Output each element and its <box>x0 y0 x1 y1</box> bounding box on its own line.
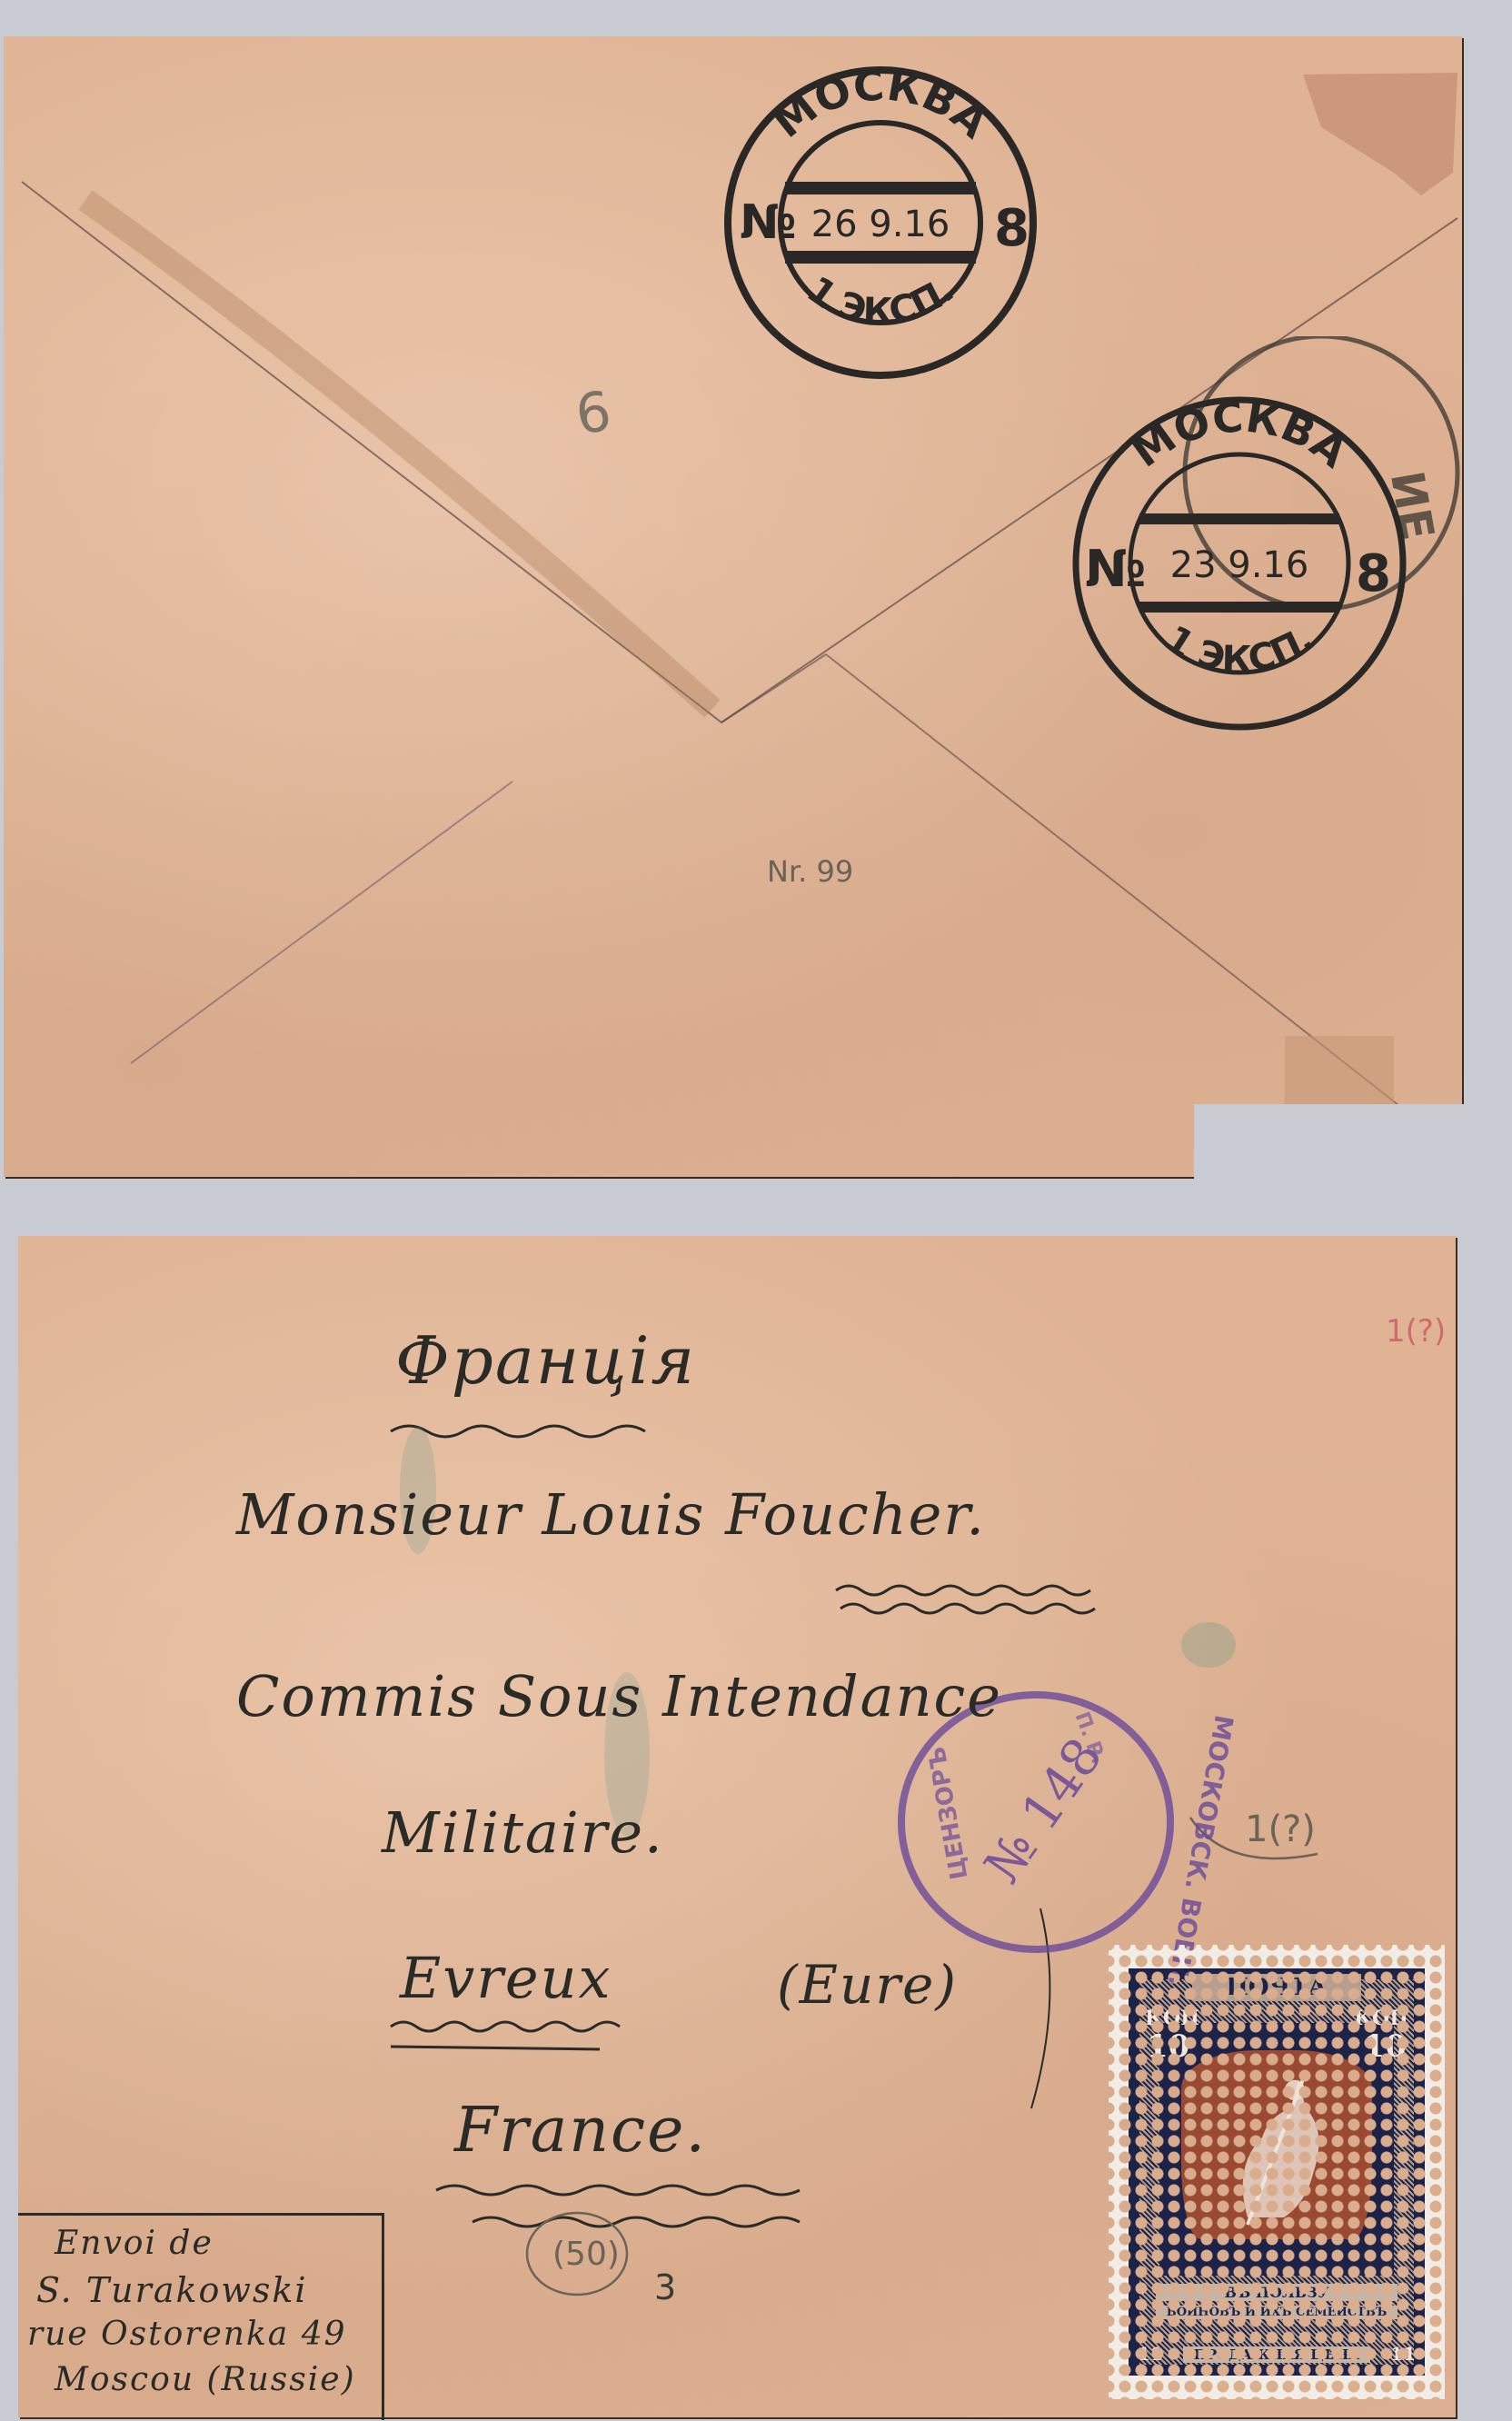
postmark-2-city: МОСКВА <box>1122 392 1357 477</box>
svg-text:1 ЭКСП.: 1 ЭКСП. <box>800 269 962 334</box>
address-country-russian: Франція <box>395 1322 696 1399</box>
postmark-2-prefix: № <box>1085 540 1146 599</box>
red-pencil-mark: 1(?) <box>1386 1313 1446 1350</box>
stamp-inscription-2: ВОИНОВЪ И ИХЪ СЕМЕЙСТВЪ <box>1156 2306 1398 2319</box>
postmark-1-date: 26 9.16 <box>811 204 950 245</box>
postage-stamp: ПОЧТА КОП КОП 10 10 ВЪ ПОЛЬЗУ ВОИНОВЪ И … <box>1109 1945 1445 2399</box>
stamp-currency-left: КОП <box>1145 2007 1199 2030</box>
stamp-currency-right: КОП <box>1354 2007 1408 2030</box>
postmark-moscow-1: МОСКВА 1 ЭКСП. № 8 26 9.16 <box>721 64 1039 382</box>
stamp-frame: ПОЧТА КОП КОП 10 10 ВЪ ПОЛЬЗУ ВОИНОВЪ И … <box>1129 1968 1425 2376</box>
postmark-1-number: 8 <box>994 199 1030 258</box>
postmark-1-office: 1 ЭКСП. <box>800 269 962 334</box>
postmark-1-prefix: № <box>740 195 797 250</box>
stamp-sale-price-right: 11 <box>1390 2343 1416 2365</box>
svg-text:МОСКВА: МОСКВА <box>1122 392 1357 477</box>
stamp-st-george-image <box>1181 2050 1372 2239</box>
back-pencil-note: Nr. 99 <box>767 854 853 889</box>
address-title: Commis Sous Intendance <box>236 1663 1002 1729</box>
postmark-1-city: МОСКВА <box>763 64 998 148</box>
svg-text:1 ЭКСП.: 1 ЭКСП. <box>1158 618 1321 682</box>
return-address-box: Envoi de S. Turakowski rue Ostorenka 49 … <box>18 2213 384 2420</box>
address-city: Evreux <box>400 1945 612 2011</box>
address-title-cont: Militaire. <box>382 1799 664 1866</box>
pencil-mark-circled: 1(?) <box>1245 1808 1316 1850</box>
stamp-sale-price-label: ПРОДАЖНАЯ ЦѢНА <box>1183 2346 1370 2363</box>
pencil-mark-50: (50) <box>552 2236 620 2273</box>
postmark-2-date: 23 9.16 <box>1170 544 1309 586</box>
stamp-header: ПОЧТА <box>1192 1974 1361 2001</box>
postmark-moscow-2: ИЕ МОСКВА 1 ЭКСП. № 8 23 9.16 <box>1067 336 1467 736</box>
postmark-2-office: 1 ЭКСП. <box>1158 618 1321 682</box>
address-recipient: Monsieur Louis Foucher. <box>236 1481 986 1548</box>
stamp-inscription-1: ВЪ ПОЛЬЗУ <box>1156 2284 1398 2301</box>
address-country: France. <box>454 2095 707 2167</box>
envelope-front: Франція Monsieur Louis Foucher. Commis S… <box>18 1236 1456 2417</box>
svg-text:МОСКВА: МОСКВА <box>763 64 998 148</box>
return-address-line-3: rue Ostorenka 49 <box>27 2316 347 2353</box>
return-address-line-4: Moscou (Russie) <box>55 2361 356 2398</box>
stamp-sale-price-left: 11 <box>1138 2343 1163 2365</box>
stamp-denomination-left: 10 <box>1147 2028 1189 2065</box>
postmark-2-number: 8 <box>1356 544 1391 603</box>
return-address-line-1: Envoi de <box>55 2225 214 2262</box>
return-address-line-2: S. Turakowski <box>36 2270 308 2310</box>
pencil-mark-3: 3 <box>654 2267 676 2307</box>
stamp-denomination-right: 10 <box>1364 2028 1407 2065</box>
address-department: (Eure) <box>777 1954 958 2016</box>
envelope-back: МОСКВА 1 ЭКСП. № 8 26 9.16 ИЕ МОСКВА 1 Э… <box>4 36 1462 1177</box>
